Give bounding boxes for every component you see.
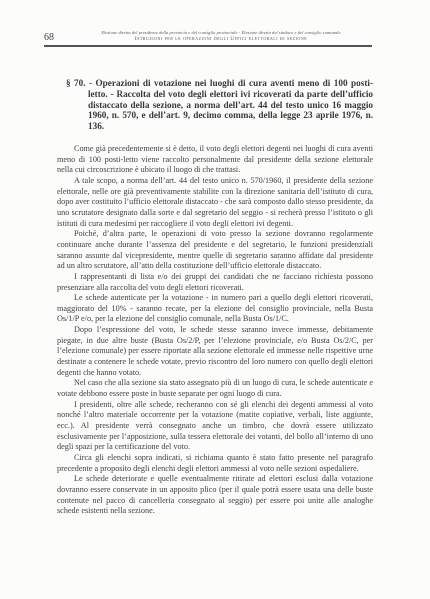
body-paragraph: Come già precedentemente si è detto, il … [57, 144, 373, 176]
body-paragraph: Le schede autenticate per la votazione -… [57, 293, 373, 325]
running-header-line1: Elezione diretta del presidente della pr… [70, 30, 372, 36]
body-paragraph: I rappresentanti di lista e/o dei gruppi… [57, 272, 373, 293]
body-paragraph: I presidenti, oltre alle schede, rechera… [57, 400, 373, 453]
section-heading: § 70. - Operazioni di votazione nei luog… [57, 78, 373, 132]
section-title: - Operazioni di votazione nei luoghi di … [88, 78, 373, 131]
section-number: § 70. [66, 78, 86, 88]
header-rule [44, 45, 372, 47]
running-header: 68 Elezione diretta del presidente della… [44, 0, 372, 47]
running-header-lines: Elezione diretta del presidente della pr… [70, 30, 372, 42]
page-number: 68 [44, 32, 54, 43]
body-paragraph: Le schede deteriorate e quelle eventualm… [57, 474, 373, 517]
body-paragraph: Nel caso che alla sezione sia stato asse… [57, 378, 373, 399]
body-paragraph: Poiché, d’altra parte, le operazioni di … [57, 229, 373, 272]
running-header-line2: Istruzioni per le operazioni degli Uffic… [70, 36, 372, 43]
body-paragraph: A tale scopo, a norma dell’art. 44 del t… [57, 176, 373, 229]
body-paragraph: Dopo l’espressione del voto, le schede s… [57, 325, 373, 378]
body-paragraph: Circa gli elenchi sopra indicati, si ric… [57, 453, 373, 474]
document-page: 68 Elezione diretta del presidente della… [0, 0, 430, 599]
body-text: Come già precedentemente si è detto, il … [57, 144, 373, 517]
